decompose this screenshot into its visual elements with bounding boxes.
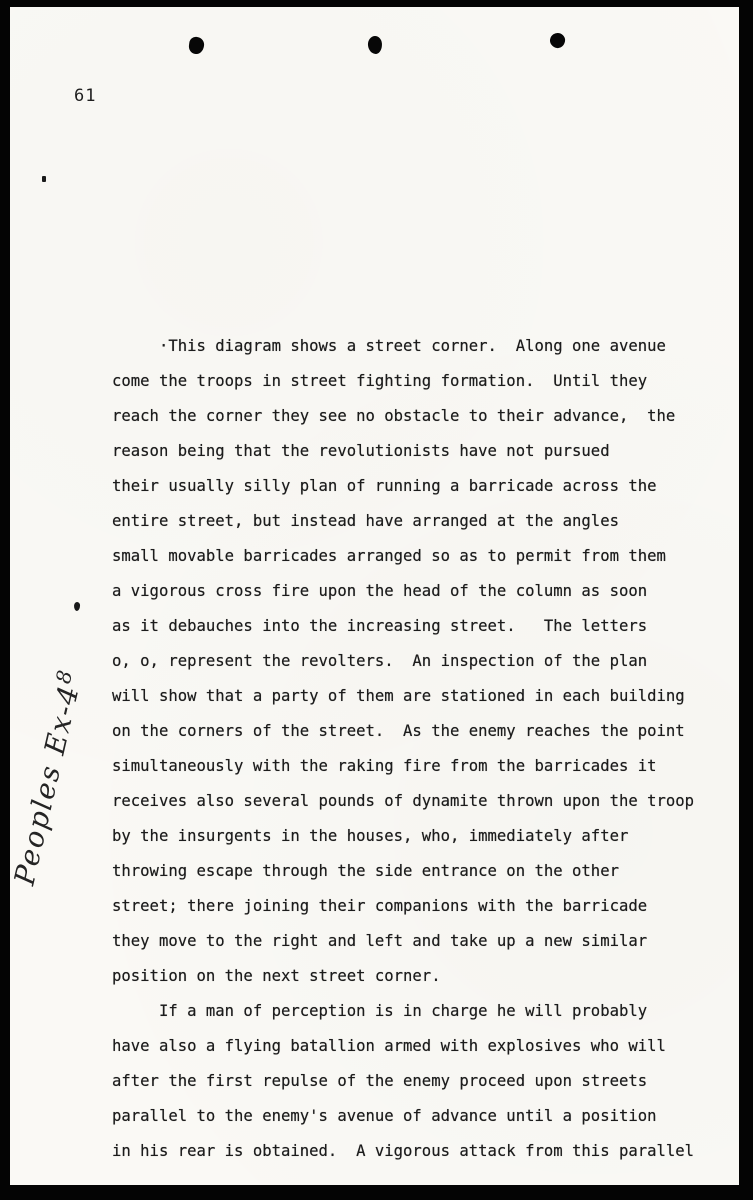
document-page: 61 Peoples Ex-48 ·This diagram shows a s… (10, 7, 739, 1185)
margin-note-handwriting: Peoples Ex-48 (0, 627, 98, 927)
ink-dot-mark (74, 602, 80, 611)
ink-speck (42, 176, 46, 182)
margin-note-text: Peoples Ex-4 (8, 681, 86, 888)
paragraph-2: If a man of perception is in charge he w… (112, 994, 712, 1169)
scanned-document: { "page": { "number": "61" }, "margin_no… (0, 0, 753, 1200)
binder-hole-mark-2 (367, 36, 382, 55)
binder-hole-mark-1 (188, 36, 205, 55)
binder-hole-mark-3 (549, 32, 567, 50)
paragraph-1: ·This diagram shows a street corner. Alo… (112, 329, 712, 994)
page-number: 61 (74, 86, 96, 106)
typed-body-text: ·This diagram shows a street corner. Alo… (112, 329, 712, 1169)
